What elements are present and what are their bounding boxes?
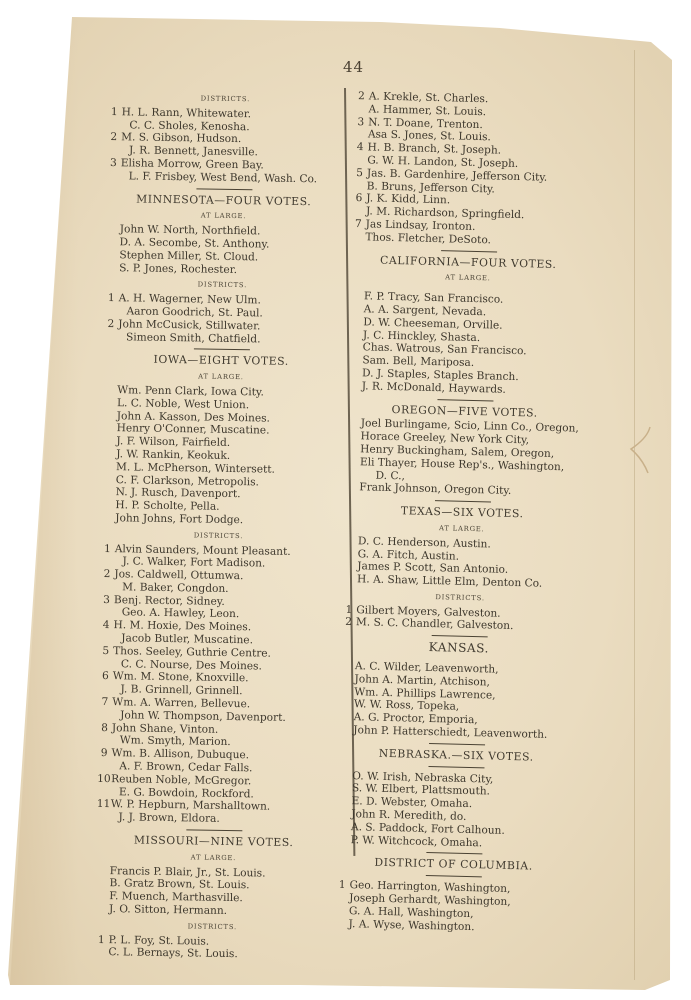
district-number: 7 — [352, 218, 362, 231]
delegate-name: Jos. Caldwell, Ottumwa. — [114, 568, 243, 582]
list-item: L. F. Frisbey, West Bend, Wash. Co. — [107, 170, 342, 186]
delegate-name: Reuben Noble, McGregor. — [111, 773, 251, 787]
district-number: 1 — [335, 879, 345, 892]
section-rule — [193, 349, 249, 351]
district-number: 7 — [98, 696, 108, 709]
district-number: 4 — [353, 141, 363, 154]
section-subheading: AT LARGE. — [103, 369, 338, 385]
delegate-name: P. L. Foy, St. Louis. — [109, 934, 210, 948]
delegate-name: J. B. Grinnell, Grinnell. — [120, 684, 242, 698]
delegate-name: Thos. Fletcher, DeSoto. — [365, 231, 491, 246]
section-rule — [429, 743, 485, 745]
section-rule — [186, 829, 242, 831]
delegate-name: Wm. M. Stone, Knoxville. — [113, 671, 249, 685]
district-number: 2 — [107, 131, 117, 144]
section-rule — [426, 852, 482, 854]
delegate-name: M. S. Gibson, Hudson. — [121, 132, 241, 146]
delegate-name: H. M. Hoxie, Des Moines. — [113, 619, 251, 633]
delegate-name: Wm. A. Warren, Bellevue. — [112, 696, 250, 710]
section-subheading: DISTRICTS. — [101, 528, 336, 544]
minnesota-section: MINNESOTA—FOUR VOTES. AT LARGE. John W. … — [104, 193, 341, 347]
missouri-continued-section: 2A. Krekle, St. Charles. A. Hammer, St. … — [351, 90, 590, 249]
delegate-name: J. K. Kidd, Linn. — [366, 193, 450, 207]
state-heading: IOWA—EIGHT VOTES. — [104, 353, 339, 369]
district-number: 4 — [99, 619, 109, 632]
document-photo: 44 DISTRICTS. 1H. L. Rann, Whitewater. C… — [0, 0, 691, 1000]
district-number: 6 — [99, 670, 109, 683]
missouri-section: MISSOURI—NINE VOTES. AT LARGE. Francis P… — [94, 834, 331, 963]
delegate-name: A. H. Wagerner, New Ulm. — [119, 292, 261, 306]
delegate-name: C. C. Sholes, Kenosha. — [129, 119, 249, 133]
section-rule — [196, 188, 252, 190]
delegate-name: Elisha Morrow, Green Bay. — [121, 157, 264, 171]
nebraska-section: NEBRASKA.—SIX VOTES. O. W. Irish, Nebras… — [337, 747, 574, 852]
delegate-name: J. J. Brown, Eldora. — [118, 811, 219, 825]
texas-section: TEXAS—SIX VOTES. AT LARGE. D. C. Henders… — [342, 504, 580, 635]
delegate-name: John McCusick, Stillwater. — [118, 318, 260, 332]
list-item: John Johns, Fort Dodge. — [101, 512, 336, 528]
delegate-name: J. A. Wyse, Washington. — [348, 918, 474, 933]
state-heading: MINNESOTA—FOUR VOTES. — [106, 193, 341, 209]
state-heading: DISTRICT OF COLUMBIA. — [336, 856, 571, 875]
state-heading: NEBRASKA.—SIX VOTES. — [339, 747, 574, 766]
district-number: 3 — [100, 594, 110, 607]
delegate-name: H. L. Rann, Whitewater. — [122, 106, 252, 120]
wisconsin-districts-section: DISTRICTS. 1H. L. Rann, Whitewater. C. C… — [107, 91, 343, 186]
district-number: 5 — [353, 167, 363, 180]
oregon-section: OREGON—FIVE VOTES. Joel Burlingame, Scio… — [345, 402, 582, 499]
district-number: 5 — [99, 645, 109, 658]
section-rule — [431, 635, 487, 637]
list-item: J. O. Sitton, Hermann. — [95, 903, 330, 919]
state-heading: MISSOURI—NINE VOTES. — [96, 834, 331, 850]
district-number: 2 — [342, 616, 352, 629]
section-rule — [441, 250, 497, 252]
delegate-name: J. C. Walker, Fort Madison. — [122, 556, 265, 570]
district-of-columbia-section: DISTRICT OF COLUMBIA. 1Geo. Harrington, … — [334, 856, 571, 936]
delegate-name: L. F. Frisbey, West Bend, Wash. Co. — [129, 170, 318, 185]
district-number: 11 — [97, 798, 107, 811]
district-number: 1 — [95, 934, 105, 947]
delegate-name: E. G. Bowdoin, Rockford. — [119, 786, 254, 800]
section-subheading: DISTRICTS. — [95, 919, 330, 935]
delegate-name: M. S. C. Chandler, Galveston. — [356, 617, 514, 633]
district-number: 8 — [98, 722, 108, 735]
district-number: 2 — [104, 318, 114, 331]
district-number: 1 — [105, 292, 115, 305]
list-item: S. P. Jones, Rochester. — [105, 262, 340, 278]
district-number: 1 — [342, 604, 352, 617]
delegate-name: Wm. Smyth, Marion. — [120, 735, 231, 749]
district-number: 3 — [354, 116, 364, 129]
delegate-name: A. F. Brown, Cedar Falls. — [119, 760, 252, 774]
california-section: CALIFORNIA—FOUR VOTES. AT LARGE. F. P. T… — [348, 254, 586, 399]
district-number: 1 — [108, 106, 118, 119]
binding-fold-line — [634, 50, 635, 980]
page-number: 44 — [343, 58, 364, 76]
district-number: 1 — [101, 542, 111, 555]
list-item: Simeon Smith, Chatfield. — [104, 331, 339, 347]
district-number: 3 — [107, 157, 117, 170]
delegate-name: Wm. B. Allison, Dubuque. — [111, 747, 249, 761]
section-rule — [428, 766, 484, 768]
right-column: 2A. Krekle, St. Charles. A. Hammer, St. … — [334, 90, 589, 936]
section-rule — [437, 399, 493, 401]
delegate-name: John Shane, Vinton. — [112, 722, 219, 736]
delegate-name: J. R. Bennett, Janesville. — [129, 145, 258, 159]
left-column: DISTRICTS. 1H. L. Rann, Whitewater. C. C… — [94, 88, 343, 963]
district-number: 2 — [100, 568, 110, 581]
section-rule — [425, 875, 481, 877]
delegate-name: M. Baker, Congdon. — [122, 581, 229, 595]
delegate-name: Simeon Smith, Chatfield. — [126, 331, 261, 345]
district-number: 2 — [355, 90, 365, 103]
iowa-section: IOWA—EIGHT VOTES. AT LARGE. Wm. Penn Cla… — [96, 353, 338, 827]
delegate-name: C. L. Bernays, St. Louis. — [108, 947, 238, 961]
section-subheading: AT LARGE. — [106, 208, 341, 224]
section-rule — [434, 500, 490, 502]
section-subheading: DISTRICTS. — [108, 91, 343, 107]
section-subheading: DISTRICTS. — [105, 277, 340, 293]
district-number: 9 — [97, 747, 107, 760]
section-subheading: AT LARGE. — [96, 850, 331, 866]
delegate-name: Geo. A. Hawley, Leon. — [122, 607, 240, 621]
delegate-name: C. C. Nourse, Des Moines. — [121, 658, 262, 672]
district-number: 10 — [97, 773, 107, 786]
district-number: 6 — [352, 192, 362, 205]
binding-thread-icon — [628, 425, 652, 477]
delegate-name: Jacob Butler, Muscatine. — [121, 632, 253, 646]
delegate-name: Benj. Rector, Sidney. — [114, 594, 225, 608]
kansas-section: KANSAS. A. C. Wilder, Leavenworth, John … — [339, 639, 576, 742]
list-item: J. J. Brown, Eldora. — [96, 811, 331, 827]
delegate-name: Aaron Goodrich, St. Paul. — [126, 305, 263, 319]
